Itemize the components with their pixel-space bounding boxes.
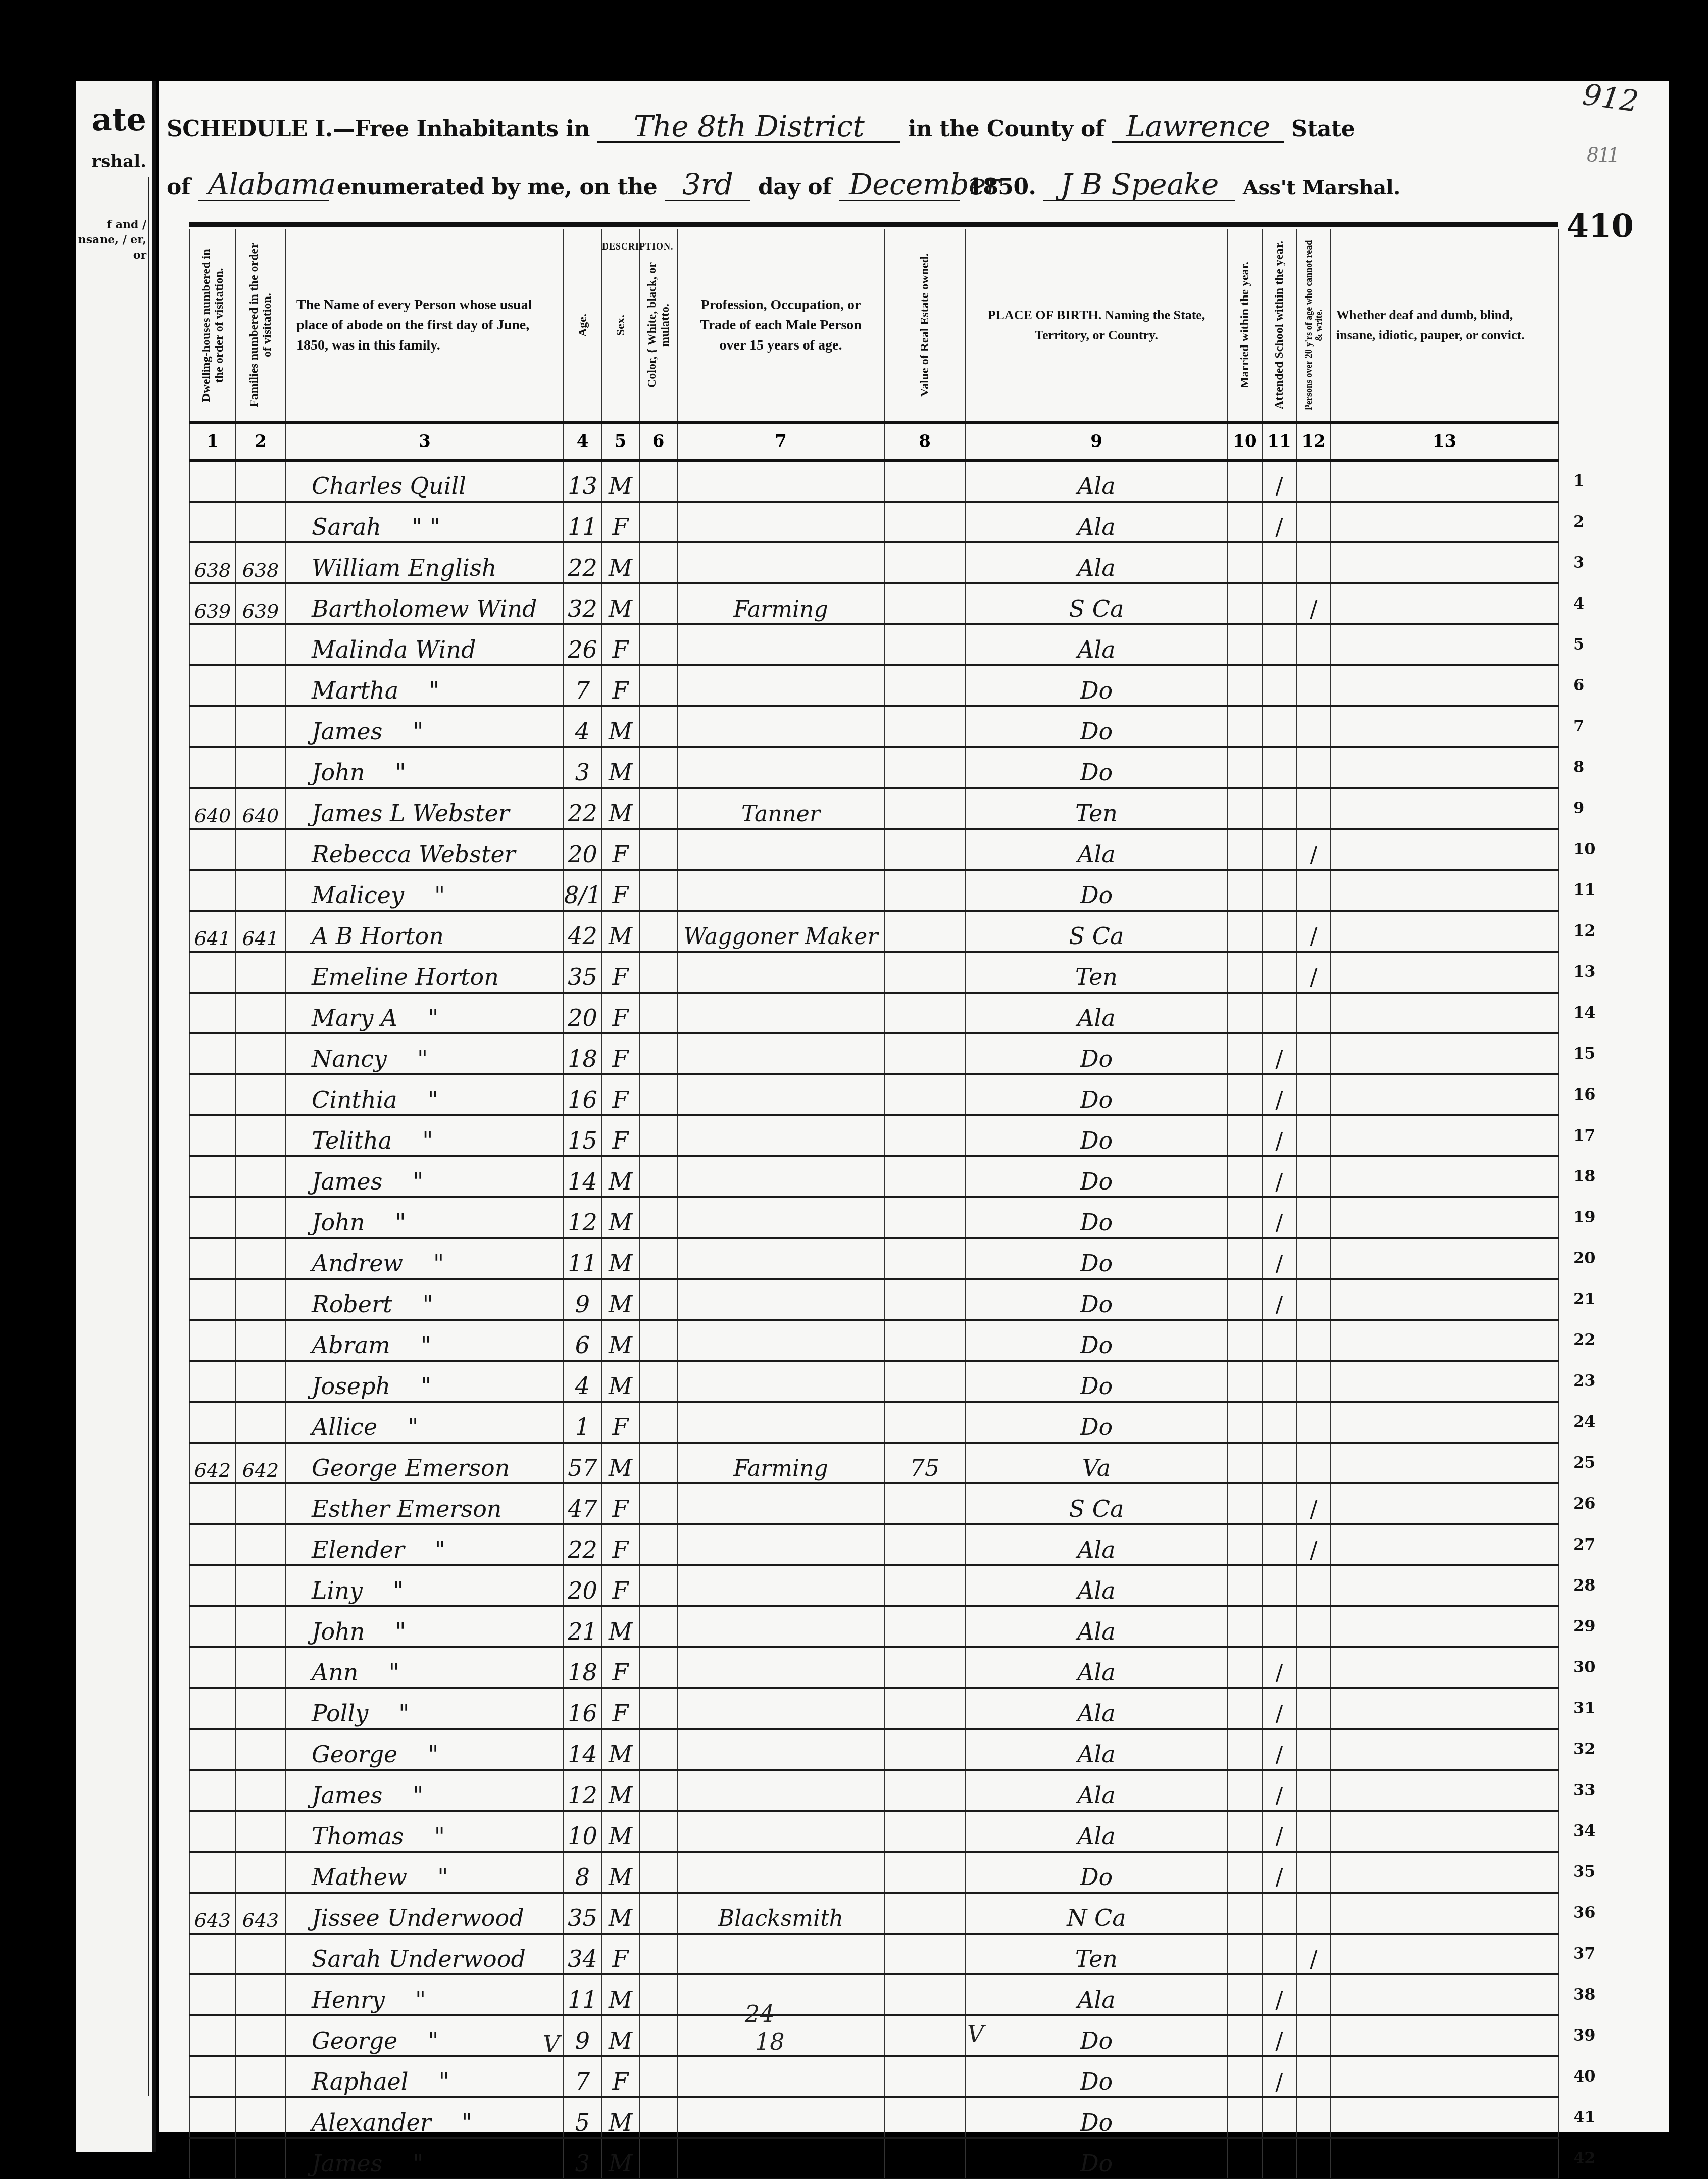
- illiterate-mark-cell: [1296, 1729, 1331, 1770]
- birthplace-cell: Do: [965, 1279, 1228, 1320]
- dwelling-number-cell: [190, 1770, 235, 1811]
- family-number-cell: [235, 952, 286, 993]
- sex-cell: F: [601, 1402, 639, 1443]
- person-name-cell: James": [286, 2138, 564, 2179]
- illiterate-mark-cell: [1296, 1770, 1331, 1811]
- school-mark-cell: /: [1262, 1197, 1296, 1238]
- real-estate-value-cell: [884, 1811, 965, 1852]
- dwelling-number-cell: 640: [190, 788, 235, 829]
- right-line-number: 16: [1573, 1084, 1596, 1104]
- person-name: Polly: [312, 1700, 368, 1727]
- birthplace-cell: Do: [965, 665, 1228, 706]
- enumerated-label: enumerated by me, on the: [337, 174, 657, 200]
- age-tally-bottom: 18: [755, 2028, 785, 2055]
- age-cell: 32: [564, 583, 601, 624]
- right-line-number: 8: [1573, 757, 1584, 776]
- real-estate-value-cell: [884, 1238, 965, 1279]
- table-row: James"3MDo: [190, 2138, 1559, 2179]
- married-mark-cell: [1228, 1074, 1262, 1115]
- disability-cell: [1331, 1402, 1559, 1443]
- married-mark-cell: [1228, 1402, 1262, 1443]
- person-name-cell: John": [286, 747, 564, 788]
- family-number-cell: [235, 1238, 286, 1279]
- right-line-number: 19: [1573, 1207, 1596, 1226]
- occupation-cell: [677, 1934, 884, 1974]
- age-cell: 20: [564, 829, 601, 870]
- occupation-cell: [677, 993, 884, 1033]
- sex-cell: M: [601, 1320, 639, 1361]
- ditto-mark: ": [398, 1700, 409, 1727]
- school-mark-cell: [1262, 1483, 1296, 1524]
- person-name: Esther Emerson: [312, 1495, 501, 1522]
- disability-cell: [1331, 870, 1559, 911]
- real-estate-value-cell: [884, 706, 965, 747]
- disability-cell: [1331, 1443, 1559, 1483]
- married-mark-cell: [1228, 2138, 1262, 2179]
- person-name: James: [312, 1168, 382, 1195]
- person-name-cell: William English: [286, 542, 564, 583]
- right-line-number: 37: [1573, 1944, 1596, 1963]
- person-name: Sarah Underwood: [312, 1945, 526, 1972]
- married-mark-cell: [1228, 1647, 1262, 1688]
- married-mark-cell: [1228, 829, 1262, 870]
- birthplace-cell: Ala: [965, 1729, 1228, 1770]
- person-name: Malicey: [312, 881, 404, 909]
- table-row: Joseph"4MDo: [190, 1361, 1559, 1402]
- birthplace-cell: Do: [965, 1074, 1228, 1115]
- color-cell: [639, 1811, 677, 1852]
- illiterate-mark-cell: [1296, 502, 1331, 542]
- real-estate-value-cell: [884, 542, 965, 583]
- person-name: James L Webster: [312, 800, 510, 827]
- disability-cell: [1331, 502, 1559, 542]
- age-cell: 20: [564, 1565, 601, 1606]
- color-cell: [639, 870, 677, 911]
- person-name: James: [312, 718, 382, 745]
- day-field: 3rd: [665, 169, 750, 201]
- real-estate-value-cell: [884, 1320, 965, 1361]
- age-cell: 8/12: [564, 870, 601, 911]
- table-row: Allice"1FDo: [190, 1402, 1559, 1443]
- family-number-cell: [235, 1565, 286, 1606]
- table-row: Abram"6MDo: [190, 1320, 1559, 1361]
- married-mark-cell: [1228, 1811, 1262, 1852]
- dwelling-number-cell: [190, 1361, 235, 1402]
- real-estate-value-cell: [884, 993, 965, 1033]
- age-cell: 16: [564, 1688, 601, 1729]
- col-number: 10: [1228, 423, 1262, 461]
- col-number: 5: [601, 423, 639, 461]
- right-line-number: 11: [1573, 880, 1596, 899]
- person-name: John: [312, 759, 365, 786]
- school-mark-cell: [1262, 993, 1296, 1033]
- illiterate-mark-cell: [1296, 706, 1331, 747]
- school-mark-cell: [1262, 1361, 1296, 1402]
- right-line-number: 18: [1573, 1166, 1596, 1185]
- ditto-mark: ": [433, 1250, 444, 1277]
- illiterate-mark-cell: [1296, 788, 1331, 829]
- sex-cell: M: [601, 1238, 639, 1279]
- right-line-number: 33: [1573, 1780, 1596, 1799]
- col-number: 4: [564, 423, 601, 461]
- birthplace-cell: Do: [965, 1156, 1228, 1197]
- dwelling-number-cell: [190, 665, 235, 706]
- occupation-cell: [677, 829, 884, 870]
- birthplace-cell: Do: [965, 1320, 1228, 1361]
- corner-page-annotation: 912: [1581, 77, 1641, 119]
- occupation-cell: [677, 1688, 884, 1729]
- illiterate-mark-cell: [1296, 1647, 1331, 1688]
- right-line-number: 2: [1573, 512, 1584, 531]
- color-cell: [639, 1647, 677, 1688]
- dwelling-number-cell: [190, 1197, 235, 1238]
- of-label: of: [167, 174, 190, 200]
- married-mark-cell: [1228, 1156, 1262, 1197]
- real-estate-value-cell: [884, 665, 965, 706]
- table-row: Martha"7FDo: [190, 665, 1559, 706]
- real-estate-value-cell: [884, 1770, 965, 1811]
- person-name-cell: Telitha": [286, 1115, 564, 1156]
- age-cell: 11: [564, 1238, 601, 1279]
- family-number-cell: [235, 706, 286, 747]
- school-mark-cell: [1262, 624, 1296, 665]
- age-cell: 7: [564, 665, 601, 706]
- color-cell: [639, 1729, 677, 1770]
- disability-cell: [1331, 829, 1559, 870]
- adjacent-title-fragment: ate: [92, 101, 146, 138]
- birthplace-cell: S Ca: [965, 583, 1228, 624]
- person-name-cell: Polly": [286, 1688, 564, 1729]
- married-mark-cell: [1228, 1688, 1262, 1729]
- dwelling-number-cell: [190, 1647, 235, 1688]
- table-row: Robert"9MDo/: [190, 1279, 1559, 1320]
- person-name-cell: John": [286, 1606, 564, 1647]
- color-cell: [639, 583, 677, 624]
- ditto-mark: ": [395, 759, 406, 786]
- right-line-number: 5: [1573, 634, 1584, 654]
- header-line-1: SCHEDULE I.—Free Inhabitants in The 8th …: [167, 111, 1355, 143]
- disability-cell: [1331, 665, 1559, 706]
- birthplace-cell: Ala: [965, 1647, 1228, 1688]
- person-name: Abram: [312, 1331, 390, 1359]
- color-cell: [639, 1565, 677, 1606]
- color-cell: [639, 747, 677, 788]
- real-estate-value-cell: [884, 1606, 965, 1647]
- age-cell: 20: [564, 993, 601, 1033]
- person-name: Andrew: [312, 1250, 403, 1277]
- dwelling-number-cell: 638: [190, 542, 235, 583]
- person-name-cell: Rebecca Webster: [286, 829, 564, 870]
- age-cell: 22: [564, 788, 601, 829]
- sex-cell: F: [601, 1565, 639, 1606]
- family-number-cell: 638: [235, 542, 286, 583]
- age-cell: 22: [564, 542, 601, 583]
- dwelling-number-cell: [190, 1688, 235, 1729]
- person-name-cell: Mathew": [286, 1852, 564, 1893]
- right-line-number: 28: [1573, 1575, 1596, 1595]
- age-cell: 12: [564, 1770, 601, 1811]
- birthplace-cell: Do: [965, 1033, 1228, 1074]
- school-mark-cell: /: [1262, 1115, 1296, 1156]
- age-cell: 12: [564, 1197, 601, 1238]
- occupation-cell: Waggoner Maker: [677, 911, 884, 952]
- school-mark-cell: /: [1262, 461, 1296, 502]
- illiterate-mark-cell: [1296, 542, 1331, 583]
- ditto-mark: ": [434, 881, 445, 909]
- illiterate-mark-cell: /: [1296, 1524, 1331, 1565]
- illiterate-mark-cell: [1296, 1606, 1331, 1647]
- married-mark-cell: [1228, 1197, 1262, 1238]
- color-cell: [639, 788, 677, 829]
- col-number: 1: [190, 423, 235, 461]
- sex-cell: M: [601, 1443, 639, 1483]
- dwelling-number-cell: 643: [190, 1893, 235, 1934]
- table-row: Andrew"11MDo/: [190, 1238, 1559, 1279]
- person-name-cell: Malicey": [286, 870, 564, 911]
- occupation-cell: [677, 461, 884, 502]
- real-estate-value-cell: [884, 1688, 965, 1729]
- dwelling-number-cell: [190, 502, 235, 542]
- right-line-number: 12: [1573, 921, 1596, 940]
- ditto-mark: ": [429, 677, 439, 704]
- real-estate-value-cell: [884, 911, 965, 952]
- real-estate-value-cell: [884, 2138, 965, 2179]
- ditto-mark: ": [413, 1168, 423, 1195]
- illiterate-mark-cell: [1296, 665, 1331, 706]
- col-header-sex: DESCRIPTION.Sex.: [601, 229, 639, 423]
- disability-cell: [1331, 1197, 1559, 1238]
- table-row: James"4MDo: [190, 706, 1559, 747]
- right-line-number: 9: [1573, 798, 1584, 817]
- color-cell: [639, 829, 677, 870]
- birthplace-cell: Do: [965, 1238, 1228, 1279]
- col-number: 11: [1262, 423, 1296, 461]
- occupation-cell: [677, 706, 884, 747]
- illiterate-mark-cell: /: [1296, 1934, 1331, 1974]
- illiterate-mark-cell: [1296, 1238, 1331, 1279]
- state-label: State: [1291, 116, 1355, 142]
- right-line-number: 14: [1573, 1003, 1596, 1022]
- married-mark-cell: [1228, 1934, 1262, 1974]
- school-mark-cell: [1262, 1606, 1296, 1647]
- disability-cell: [1331, 788, 1559, 829]
- married-mark-cell: [1228, 502, 1262, 542]
- disability-cell: [1331, 1524, 1559, 1565]
- sex-cell: F: [601, 1524, 639, 1565]
- married-mark-cell: [1228, 706, 1262, 747]
- disability-cell: [1331, 1893, 1559, 1934]
- birthplace-cell: Do: [965, 2138, 1228, 2179]
- person-name: Mathew: [312, 1863, 407, 1891]
- col-header-illiterate: Persons over 20 y'rs of age who cannot r…: [1296, 229, 1331, 423]
- age-cell: 34: [564, 1934, 601, 1974]
- family-number-cell: [235, 1483, 286, 1524]
- dwelling-number-cell: [190, 1934, 235, 1974]
- married-mark-cell: [1228, 1361, 1262, 1402]
- col-number: 13: [1331, 423, 1559, 461]
- family-number-cell: [235, 829, 286, 870]
- table-row: 638638William English22MAla: [190, 542, 1559, 583]
- person-name-cell: Charles Quill: [286, 461, 564, 502]
- right-line-number: 4: [1573, 593, 1584, 613]
- sex-cell: M: [601, 1729, 639, 1770]
- census-rows: Charles Quill13MAla/Sarah" "11FAla/63863…: [190, 461, 1559, 2179]
- color-cell: [639, 502, 677, 542]
- person-name-cell: Elender": [286, 1524, 564, 1565]
- ditto-mark: ": [421, 1331, 431, 1359]
- age-cell: 14: [564, 1729, 601, 1770]
- right-line-number: 1: [1573, 471, 1584, 490]
- header-line-2: of Alabama enumerated by me, on the 3rd …: [167, 169, 1400, 201]
- color-cell: [639, 1770, 677, 1811]
- county-field: Lawrence: [1112, 111, 1284, 143]
- family-number-cell: [235, 1647, 286, 1688]
- illiterate-mark-cell: [1296, 1279, 1331, 1320]
- illiterate-mark-cell: [1296, 1115, 1331, 1156]
- real-estate-value-cell: [884, 1852, 965, 1893]
- school-mark-cell: [1262, 583, 1296, 624]
- real-estate-value-cell: [884, 1729, 965, 1770]
- birthplace-cell: S Ca: [965, 911, 1228, 952]
- right-line-number: 7: [1573, 716, 1584, 735]
- description-label: DESCRIPTION.: [602, 236, 639, 257]
- family-number-cell: [235, 1729, 286, 1770]
- color-cell: [639, 1238, 677, 1279]
- real-estate-value-cell: [884, 1402, 965, 1443]
- age-cell: 42: [564, 911, 601, 952]
- dwelling-number-cell: [190, 1606, 235, 1647]
- family-number-cell: 642: [235, 1443, 286, 1483]
- table-row: Liny"20FAla: [190, 1565, 1559, 1606]
- disability-cell: [1331, 1770, 1559, 1811]
- age-tally-top: 24: [745, 2000, 775, 2027]
- col-header-married: Married within the year.: [1228, 229, 1262, 423]
- occupation-cell: [677, 502, 884, 542]
- col-number: 12: [1296, 423, 1331, 461]
- occupation-cell: [677, 1524, 884, 1565]
- birthplace-cell: Ala: [965, 461, 1228, 502]
- ditto-mark: ": [428, 1086, 438, 1113]
- right-line-number: 31: [1573, 1698, 1596, 1717]
- disability-cell: [1331, 1811, 1559, 1852]
- table-row: Ann"18FAla/: [190, 1647, 1559, 1688]
- ditto-mark: ": [435, 1536, 445, 1563]
- age-cell: 14: [564, 1156, 601, 1197]
- birthplace-cell: Do: [965, 747, 1228, 788]
- color-cell: [639, 1320, 677, 1361]
- dwelling-number-cell: [190, 1852, 235, 1893]
- table-row: Sarah Underwood34FTen/: [190, 1934, 1559, 1974]
- family-number-cell: [235, 1197, 286, 1238]
- disability-cell: [1331, 1647, 1559, 1688]
- age-cell: 15: [564, 1115, 601, 1156]
- real-estate-value-cell: [884, 747, 965, 788]
- family-number-cell: [235, 1156, 286, 1197]
- birthplace-cell: S Ca: [965, 1483, 1228, 1524]
- person-name-cell: James": [286, 706, 564, 747]
- dwelling-number-cell: [190, 1320, 235, 1361]
- occupation-cell: [677, 870, 884, 911]
- school-mark-cell: [1262, 1402, 1296, 1443]
- sex-cell: F: [601, 1115, 639, 1156]
- school-mark-cell: /: [1262, 1770, 1296, 1811]
- occupation-cell: [677, 624, 884, 665]
- family-number-cell: [235, 1074, 286, 1115]
- age-cell: 18: [564, 1647, 601, 1688]
- real-estate-value-cell: [884, 1934, 965, 1974]
- table-row: Nancy"18FDo/: [190, 1033, 1559, 1074]
- family-number-cell: [235, 1320, 286, 1361]
- birthplace-cell: Ala: [965, 993, 1228, 1033]
- illiterate-mark-cell: [1296, 1565, 1331, 1606]
- person-name-cell: Sarah" ": [286, 502, 564, 542]
- right-line-number: 42: [1573, 2148, 1596, 2167]
- school-mark-cell: /: [1262, 1279, 1296, 1320]
- married-mark-cell: [1228, 1729, 1262, 1770]
- birthplace-cell: Ala: [965, 542, 1228, 583]
- school-mark-cell: [1262, 1565, 1296, 1606]
- sex-cell: M: [601, 788, 639, 829]
- age-cell: 22: [564, 1524, 601, 1565]
- col-header-disability: Whether deaf and dumb, blind, insane, id…: [1331, 229, 1559, 423]
- disability-cell: [1331, 1238, 1559, 1279]
- sex-cell: M: [601, 1156, 639, 1197]
- right-line-number: 15: [1573, 1044, 1596, 1063]
- ditto-mark: ": [428, 1741, 438, 1768]
- age-cell: 4: [564, 1361, 601, 1402]
- married-mark-cell: [1228, 1606, 1262, 1647]
- real-estate-value-cell: [884, 1115, 965, 1156]
- color-cell: [639, 1934, 677, 1974]
- occupation-cell: [677, 1483, 884, 1524]
- school-mark-cell: /: [1262, 502, 1296, 542]
- occupation-cell: Tanner: [677, 788, 884, 829]
- age-cell: 21: [564, 1606, 601, 1647]
- family-number-cell: [235, 993, 286, 1033]
- district-field: The 8th District: [597, 111, 900, 143]
- school-mark-cell: [1262, 1934, 1296, 1974]
- bottom-annotations: 24 18 V V: [159, 2000, 1669, 2121]
- color-cell: [639, 665, 677, 706]
- age-cell: 3: [564, 2138, 601, 2179]
- married-mark-cell: [1228, 1279, 1262, 1320]
- ditto-mark: ": [395, 1209, 406, 1236]
- month-field: December: [839, 169, 960, 201]
- adjacent-page-fragment: ate rshal. f and / nsane, / er, or: [76, 81, 156, 2152]
- family-number-cell: [235, 1033, 286, 1074]
- color-cell: [639, 952, 677, 993]
- col-header-color: Color, { White, black, or mulatto.: [639, 229, 677, 423]
- married-mark-cell: [1228, 1565, 1262, 1606]
- right-line-number: 30: [1573, 1657, 1596, 1676]
- table-row: Mary A"20FAla: [190, 993, 1559, 1033]
- corner-faded-annotation: 811: [1587, 141, 1619, 167]
- occupation-cell: [677, 2138, 884, 2179]
- family-number-cell: [235, 1770, 286, 1811]
- occupation-cell: [677, 1361, 884, 1402]
- sex-cell: F: [601, 502, 639, 542]
- illiterate-mark-cell: [1296, 624, 1331, 665]
- sex-cell: F: [601, 870, 639, 911]
- family-number-cell: [235, 1934, 286, 1974]
- person-name: Elender: [312, 1536, 405, 1563]
- school-mark-cell: [1262, 870, 1296, 911]
- person-name-cell: Thomas": [286, 1811, 564, 1852]
- disability-cell: [1331, 993, 1559, 1033]
- disability-cell: [1331, 461, 1559, 502]
- person-name-cell: Esther Emerson: [286, 1483, 564, 1524]
- married-mark-cell: [1228, 911, 1262, 952]
